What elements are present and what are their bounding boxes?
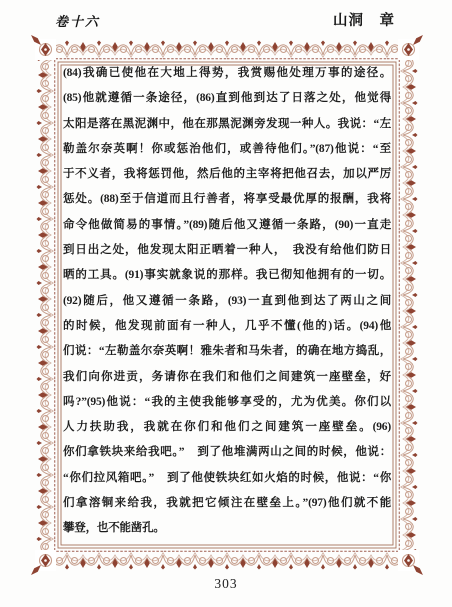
page-header: 卷十六 山洞 章 — [0, 9, 452, 31]
text-line: 到日出之处，他发现太阳正晒着一种人， 我没有给他们防日 — [63, 238, 391, 263]
text-line: (92)随后，他又遵循一条路，(93)一直到他到达了两山之间 — [63, 289, 391, 314]
volume-label: 卷十六 — [55, 11, 100, 30]
border-band-left — [35, 39, 56, 571]
text-line: 我们向你进贡，务请你在我们和他们之间建筑一座壁垒，好 — [63, 365, 391, 390]
text-line: 的时候，他发现前面有一种人，几乎不懂(他的)话。(94)他 — [63, 314, 391, 339]
border-band-bottom — [35, 550, 419, 571]
text-line: 勒盖尔奈英啊！你或惩治他们，或善待他们。”(87)他说：“至 — [63, 137, 391, 162]
text-line: “你们拉风箱吧。” 到了他使铁块红如火焰的时候，他说：“你 — [63, 466, 391, 491]
text-line: 们拿溶铜来给我，我就把它倾注在壁垒上。”(97)他们就不能 — [63, 491, 391, 516]
scripture-text: (84)我确已使他在大地上得势，我赏赐他处理万事的途径。(85)他就遵循一条途径… — [63, 61, 391, 542]
page-number: 303 — [0, 576, 452, 592]
text-line: 你们拿铁块来给我吧。” 到了他堆满两山之间的时候，他说： — [63, 440, 391, 465]
chapter-title: 山洞 章 — [333, 9, 395, 30]
text-line: 命令他做简易的事情。”(89)随后他又遵循一条路，(90)一直走 — [63, 213, 391, 238]
text-line: 人力扶助我，我就在你们和他们之间建筑一座壁垒。(96) — [63, 415, 391, 440]
text-line: 太阳是落在黑泥渊中，他在那黑泥渊旁发现一种人。我说：“左 — [63, 112, 391, 137]
text-line: 晒的工具。(91)事实就象说的那样。我已彻知他拥有的一切。 — [63, 263, 391, 288]
text-line: (85)他就遵循一条途径，(86)直到他到达了日落之处，他觉得 — [63, 86, 391, 111]
text-line: 于不义者，我将惩罚他，然后他的主宰将把他召去，加以严厉 — [63, 162, 391, 187]
text-line: 攀登，也不能凿孔。 — [63, 516, 391, 541]
text-line: (84)我确已使他在大地上得势，我赏赐他处理万事的途径。 — [63, 61, 391, 86]
text-line: 惩处。(88)至于信道而且行善者，将享受最优厚的报酬，我将 — [63, 187, 391, 212]
border-band-top — [35, 39, 419, 60]
border-band-right — [398, 39, 419, 571]
book-page: 卷十六 山洞 章 — [0, 0, 452, 607]
text-line: 吗?”(95)他说：“我的主使我能够享受的，尤为优美。你们以 — [63, 390, 391, 415]
text-line: 们说：“左勒盖尔奈英啊！雅朱者和马朱者，的确在地方捣乱， — [63, 339, 391, 364]
